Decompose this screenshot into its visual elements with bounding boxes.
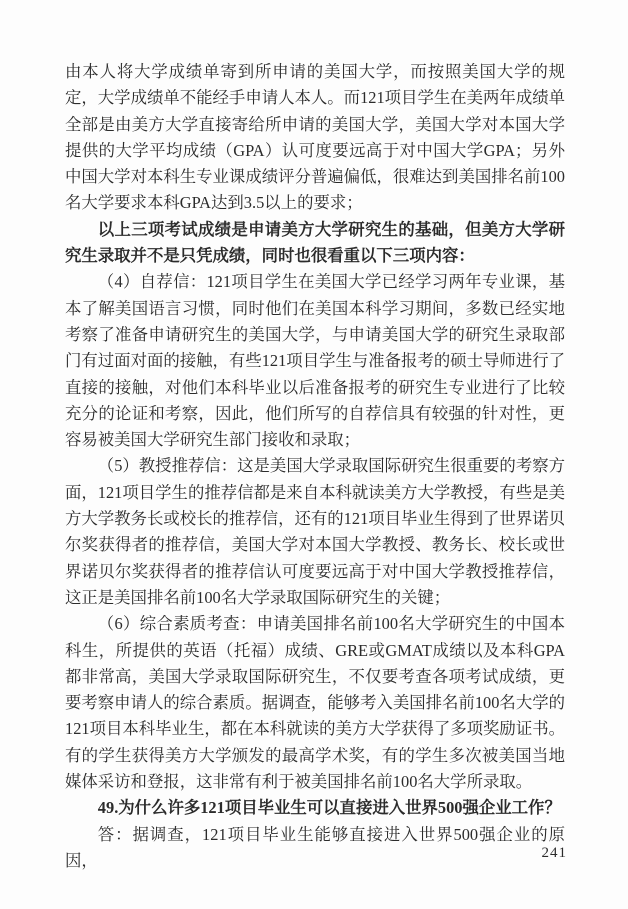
paragraph: （6）综合素质考查：申请美国排名前100名大学研究生的中国本科生，所提供的英语（… xyxy=(65,611,565,795)
paragraph: 由本人将大学成绩单寄到所申请的美国大学，而按照美国大学的规定，大学成绩单不能经手… xyxy=(65,59,565,217)
text-body: 由本人将大学成绩单寄到所申请的美国大学，而按照美国大学的规定，大学成绩单不能经手… xyxy=(65,59,565,874)
paragraph: （4）自荐信：121项目学生在美国大学已经学习两年专业课，基本了解美国语言习惯，… xyxy=(65,269,565,453)
paragraph: 答：据调查，121项目毕业生能够直接进入世界500强企业的原因， xyxy=(65,822,565,875)
paragraph: （5）教授推荐信：这是美国大学录取国际研究生很重要的考察方面，121项目学生的推… xyxy=(65,453,565,611)
page-number: 241 xyxy=(542,845,568,862)
paragraph: 49.为什么许多121项目毕业生可以直接进入世界500强企业工作？ xyxy=(65,795,565,821)
document-page: 由本人将大学成绩单寄到所申请的美国大学，而按照美国大学的规定，大学成绩单不能经手… xyxy=(0,0,628,909)
paragraph: 以上三项考试成绩是申请美方大学研究生的基础，但美方大学研究生录取并不是只凭成绩，… xyxy=(65,217,565,270)
